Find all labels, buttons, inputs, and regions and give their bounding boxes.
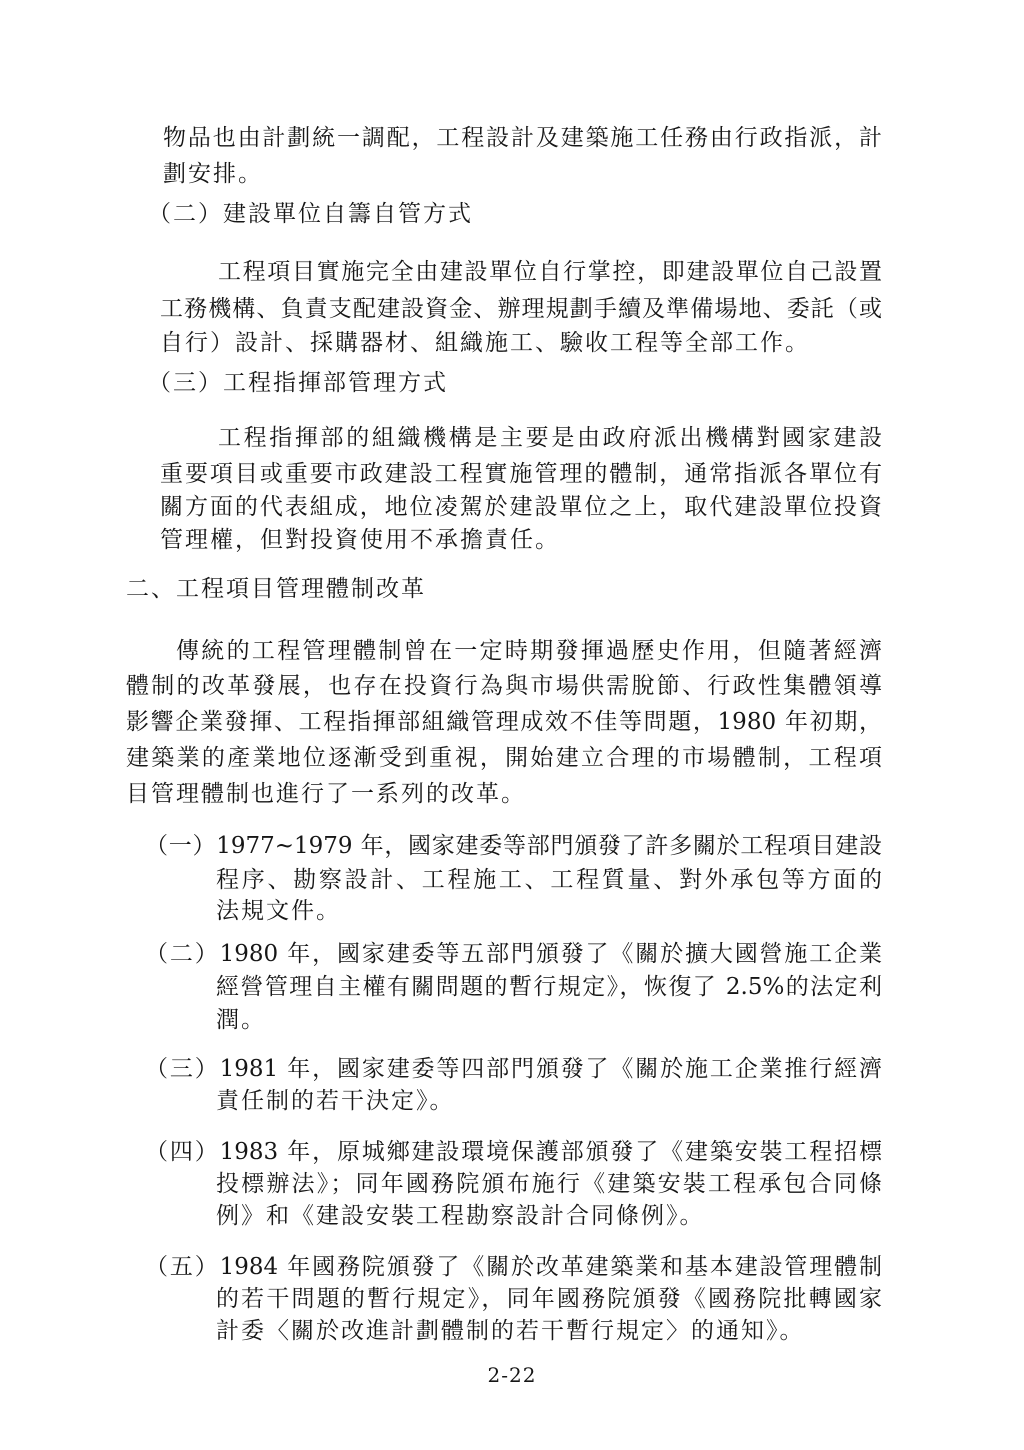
body-line: 重要項目或重要市政建設工程實施管理的體制，通常指派各單位有 [160,459,882,489]
list-item-line: （五）1984 年國務院頒發了《關於改革建築業和基本建設管理體制 [145,1252,882,1282]
subsection-heading: （三）工程指揮部管理方式 [148,368,448,398]
list-item-line: 責任制的若干決定》。 [216,1086,455,1116]
list-item-line: 例》和《建設安裝工程勘察設計合同條例》。 [216,1201,705,1231]
body-line: 工程指揮部的組織機構是主要是由政府派出機構對國家建設 [218,423,882,453]
list-item-line: 投標辦法》；同年國務院頒布施行《建築安裝工程承包合同條 [216,1169,882,1199]
body-line: 劃安排。 [163,159,263,189]
body-line: 自行）設計、採購器材、組織施工、驗收工程等全部工作。 [160,328,810,358]
list-item-line: （三）1981 年，國家建委等四部門頒發了《關於施工企業推行經濟 [145,1054,882,1084]
body-line: 管理權，但對投資使用不承擔責任。 [160,525,560,555]
list-item-line: （一）1977~1979 年，國家建委等部門頒發了許多關於工程項目建設 [145,831,882,861]
body-line: 工務機構、負責支配建設資金、辦理規劃手續及準備場地、委託（或 [160,294,882,324]
list-item-line: 潤。 [216,1005,266,1035]
body-line: 體制的改革發展，也存在投資行為與市場供需脫節、行政性集體領導 [126,671,882,701]
list-item-line: 經營管理自主權有關問題的暫行規定》，恢復了 2.5%的法定利 [216,972,882,1002]
list-item-line: （四）1983 年，原城鄉建設環境保護部頒發了《建築安裝工程招標 [145,1137,882,1167]
body-line: 傳統的工程管理體制曾在一定時期發揮過歷史作用，但隨著經濟 [176,636,882,666]
list-item-line: 程序、勘察設計、工程施工、工程質量、對外承包等方面的 [216,865,882,895]
list-item-line: 的若干問題的暫行規定》，同年國務院頒發《國務院批轉國家 [216,1284,882,1314]
page-number: 2-22 [0,1363,1024,1387]
body-line: 關方面的代表組成，地位凌駕於建設單位之上，取代建設單位投資 [160,492,882,522]
body-line: 物品也由計劃統一調配，工程設計及建築施工任務由行政指派，計 [163,123,882,153]
body-line: 建築業的產業地位逐漸受到重視，開始建立合理的市場體制，工程項 [126,743,882,773]
subsection-heading: （二）建設單位自籌自管方式 [148,199,473,229]
list-item-line: 法規文件。 [216,896,341,926]
list-item-line: （二）1980 年，國家建委等五部門頒發了《關於擴大國營施工企業 [145,939,882,969]
body-line: 影響企業發揮、工程指揮部組織管理成效不佳等問題，1980 年初期， [126,707,882,737]
list-item-line: 計委〈關於改進計劃體制的若干暫行規定〉的通知》。 [216,1316,805,1346]
section-heading: 二、工程項目管理體制改革 [126,574,426,604]
body-line: 目管理體制也進行了一系列的改革。 [126,779,526,809]
body-line: 工程項目實施完全由建設單位自行掌控，即建設單位自己設置 [218,257,882,287]
document-page: 物品也由計劃統一調配，工程設計及建築施工任務由行政指派，計 劃安排。 （二）建設… [0,0,1024,1450]
